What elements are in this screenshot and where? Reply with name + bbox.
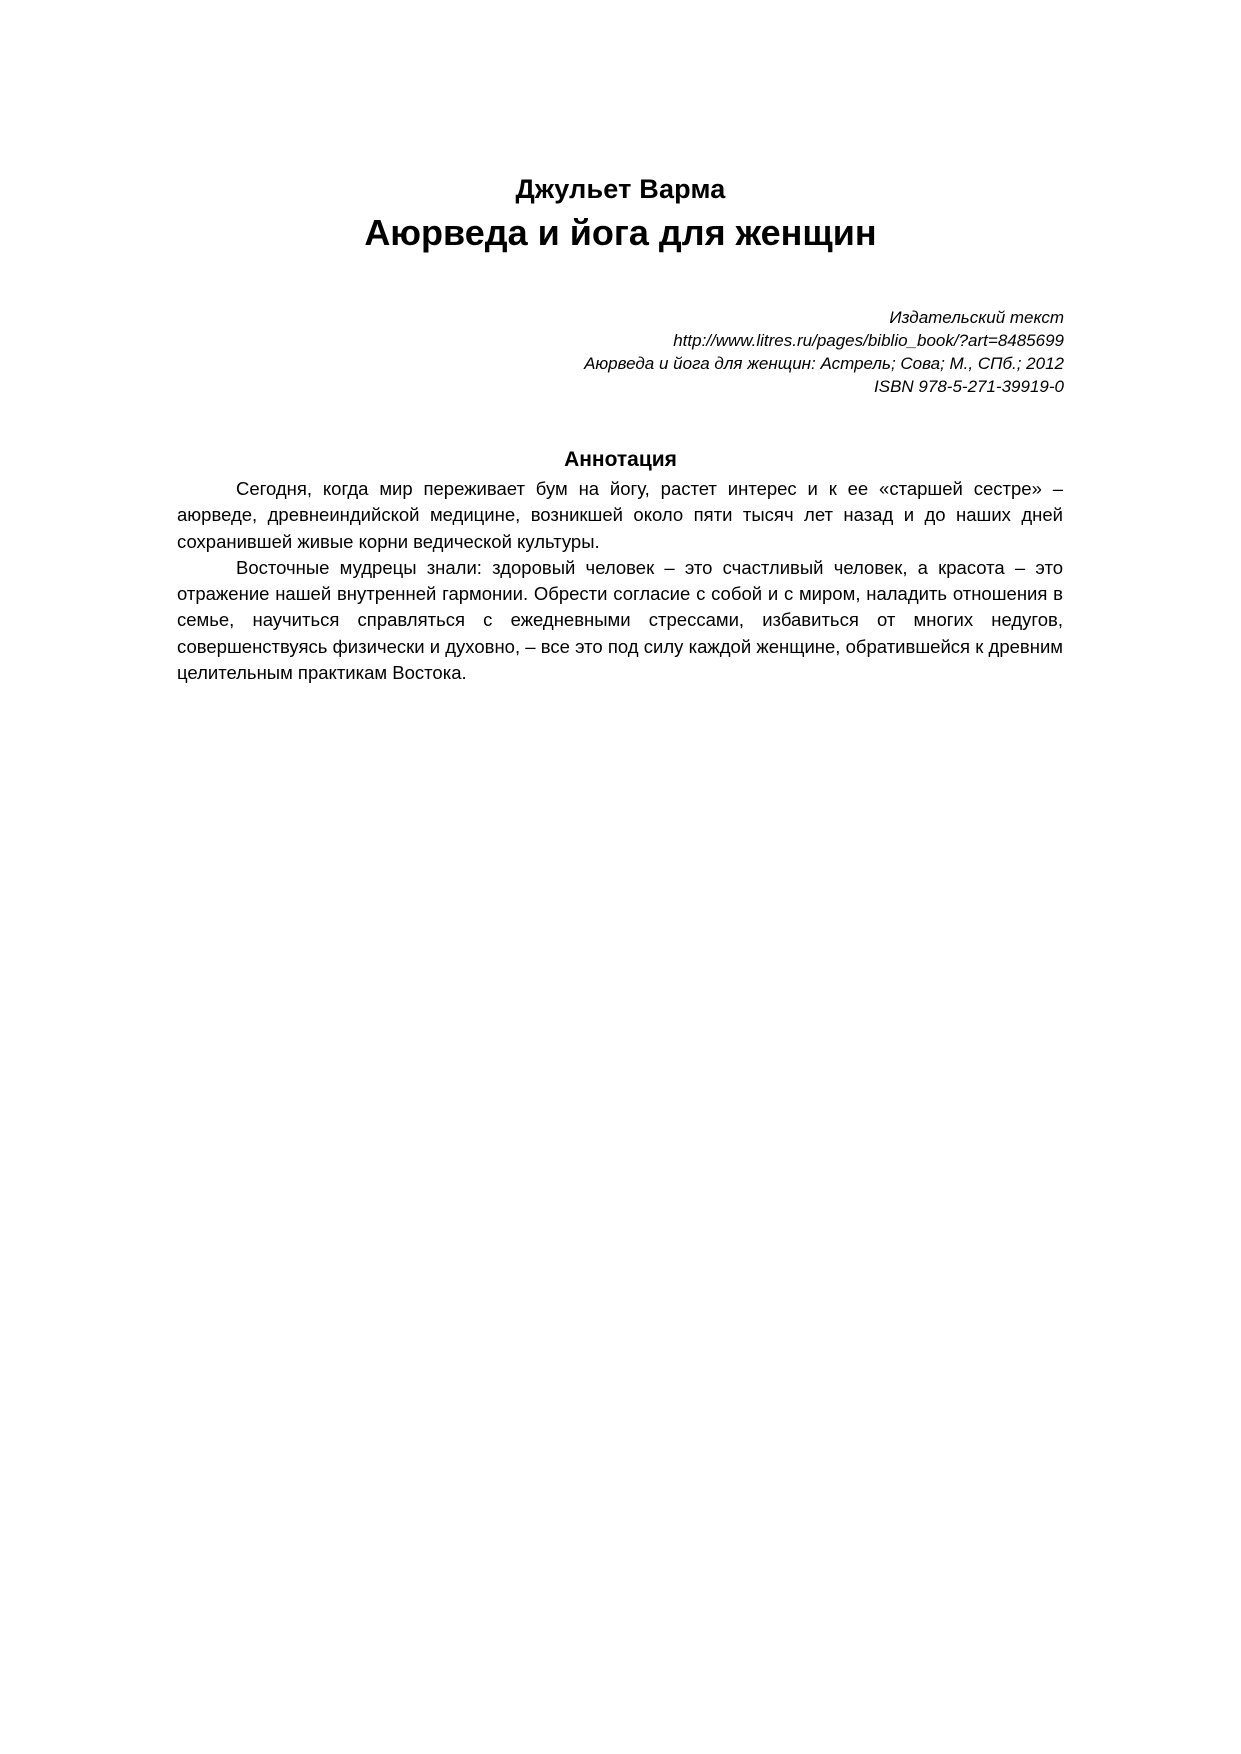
imprint-line: Аюрведа и йога для женщин: Астрель; Сова… [584,352,1064,375]
document-page: Джульет Варма Аюрведа и йога для женщин … [0,0,1241,1754]
source-url[interactable]: http://www.litres.ru/pages/biblio_book/?… [584,329,1064,352]
publisher-text-label: Издательский текст [584,306,1064,329]
annotation-body: Сегодня, когда мир переживает бум на йог… [177,476,1063,686]
annotation-heading: Аннотация [0,447,1241,473]
annotation-paragraph: Сегодня, когда мир переживает бум на йог… [177,476,1063,555]
annotation-paragraph: Восточные мудрецы знали: здоровый челове… [177,555,1063,686]
book-title: Аюрведа и йога для женщин [0,212,1241,254]
publication-info: Издательский текст http://www.litres.ru/… [584,306,1064,398]
author-name: Джульет Варма [0,174,1241,204]
isbn-line: ISBN 978-5-271-39919-0 [584,375,1064,398]
